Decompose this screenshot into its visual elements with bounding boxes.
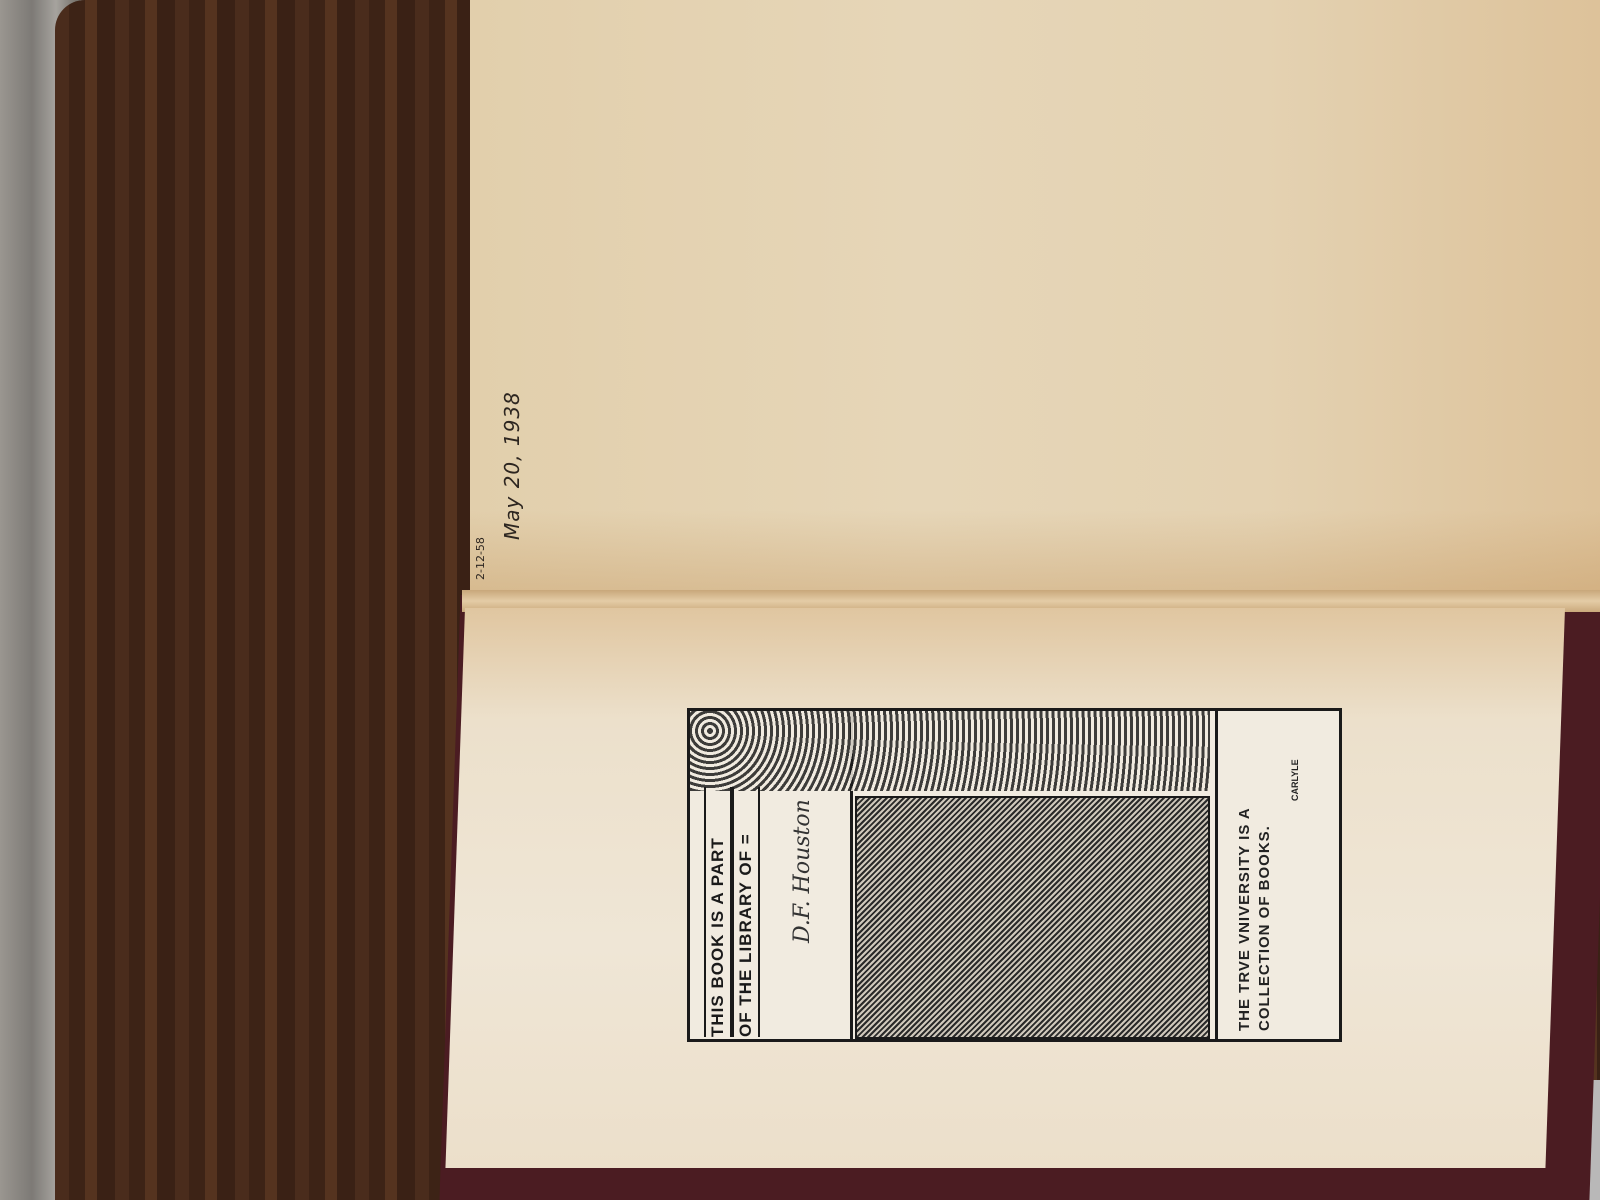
- bookplate-header-line1: THIS BOOK IS A PART: [704, 787, 732, 1037]
- laurel-ornament-icon: [690, 711, 1210, 791]
- motto-line2: COLLECTION OF BOOKS.: [1255, 731, 1275, 1031]
- handwritten-note: 2-12-58: [474, 537, 487, 580]
- bookplate-motto: THE TRVE VNIVERSITY IS A COLLECTION OF B…: [1235, 731, 1275, 1031]
- handwritten-date: May 20, 1938: [500, 391, 524, 540]
- bookplate: THIS BOOK IS A PART OF THE LIBRARY OF = …: [687, 708, 1342, 1042]
- bookplate-header-line2: OF THE LIBRARY OF =: [732, 787, 760, 1037]
- owner-signature: D.F. Houston: [790, 799, 815, 943]
- engraved-scholars-illustration: [855, 796, 1210, 1039]
- motto-attribution: CARLYLE: [1290, 759, 1300, 801]
- endpaper-top: [470, 0, 1600, 600]
- motto-line1: THE TRVE VNIVERSITY IS A: [1235, 731, 1255, 1031]
- bookplate-header: THIS BOOK IS A PART OF THE LIBRARY OF =: [704, 787, 760, 1037]
